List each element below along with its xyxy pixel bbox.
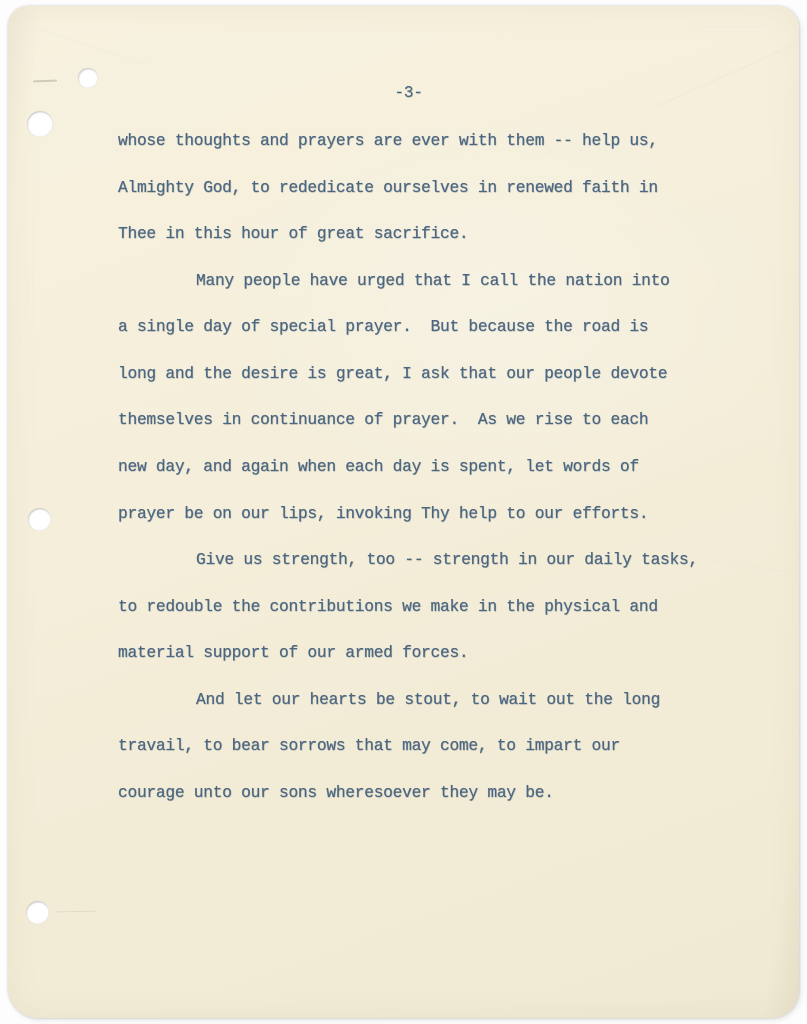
paper-crease [56, 911, 96, 913]
typed-line: new day, and again when each day is spen… [118, 457, 718, 504]
typed-line: material support of our armed forces. [118, 643, 718, 690]
paper-crease [40, 29, 145, 65]
typed-line: Many people have urged that I call the n… [118, 271, 718, 318]
typed-line: Thee in this hour of great sacrifice. [118, 224, 718, 271]
pencil-mark [33, 80, 57, 83]
punch-hole-bottom [26, 901, 49, 924]
punch-hole-top [27, 111, 53, 137]
typed-line: themselves in continuance of prayer. As … [118, 410, 718, 457]
typed-line: whose thoughts and prayers are ever with… [118, 131, 718, 178]
screen: { "page": { "number_label": "-3-" }, "do… [0, 0, 807, 1024]
paper-crease [708, 560, 797, 575]
typed-line: courage unto our sons wheresoever they m… [118, 783, 718, 830]
typed-line: Give us strength, too -- strength in our… [118, 550, 718, 597]
document-page: -3- whose thoughts and prayers are ever … [8, 6, 799, 1018]
typed-line: long and the desire is great, I ask that… [118, 364, 718, 411]
punch-hole-extra [78, 68, 98, 88]
typed-line: a single day of special prayer. But beca… [118, 317, 718, 364]
typed-line: prayer be on our lips, invoking Thy help… [118, 504, 718, 551]
typed-lines: whose thoughts and prayers are ever with… [118, 131, 718, 829]
punch-hole-middle [28, 508, 51, 531]
page-number: -3- [394, 83, 422, 103]
typed-line: travail, to bear sorrows that may come, … [118, 736, 718, 783]
paper-crease [654, 46, 792, 109]
typed-line: And let our hearts be stout, to wait out… [118, 690, 718, 737]
typed-line: to redouble the contributions we make in… [118, 597, 718, 644]
typed-line: Almighty God, to rededicate ourselves in… [118, 178, 718, 225]
